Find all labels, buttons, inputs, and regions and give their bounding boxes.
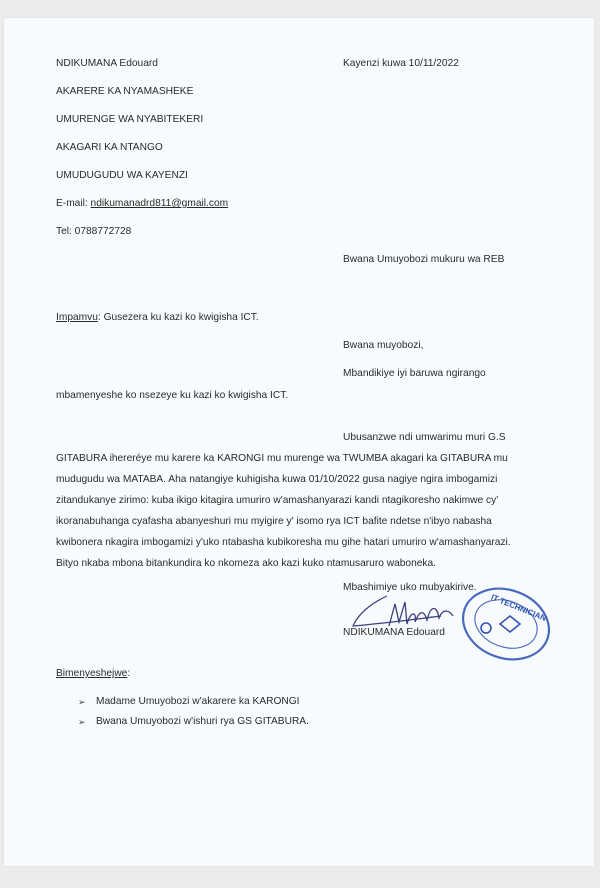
place-date: Kayenzi kuwa 10/11/2022 [343, 58, 459, 69]
body-line: Bityo nkaba mbona bitankundira ko nkomez… [56, 558, 436, 569]
salutation: Bwana muyobozi, [343, 340, 423, 351]
intro-line-2: mbamenyeshe ko nsezeye ku kazi ko kwigis… [56, 390, 288, 401]
recipient: Bwana Umuyobozi mukuru wa REB [343, 254, 504, 265]
arrow-bullet-icon: ➢ [78, 697, 86, 708]
sender-sector: UMURENGE WA NYABITEKERI [56, 114, 203, 125]
official-stamp-icon: IT TECHNICIAN [456, 584, 556, 664]
body-line: zitandukanye zirimo: kuba ikigo kitagira… [56, 495, 498, 506]
cc-item: Bwana Umuyobozi w'ishuri rya GS GITABURA… [96, 716, 309, 727]
cc-label: Bimenyeshejwe [56, 668, 127, 679]
svg-text:IT TECHNICIAN: IT TECHNICIAN [490, 593, 548, 623]
body-line: mudugudu wa MATABA. Aha natangiye kuhigi… [56, 474, 497, 485]
cc-item: Madame Umuyobozi w'akarere ka KARONGI [96, 696, 300, 707]
subject-text: : Gusezera ku kazi ko kwigisha ICT. [98, 312, 259, 323]
email-link[interactable]: ndikumanadrd811@gmail.com [91, 198, 229, 209]
sender-tel: Tel: 0788772728 [56, 226, 131, 237]
arrow-bullet-icon: ➢ [78, 717, 86, 728]
sender-district: AKARERE KA NYAMASHEKE [56, 86, 193, 97]
body-line: ikoranabuhanga cyafasha abanyeshuri mu m… [56, 516, 492, 527]
sender-village: UMUDUGUDU WA KAYENZI [56, 170, 188, 181]
sender-name: NDIKUMANA Edouard [56, 58, 158, 69]
cc-heading: Bimenyeshejwe: [56, 668, 130, 679]
sender-cell: AKAGARI KA NTANGO [56, 142, 163, 153]
subject-label: Impamvu [56, 312, 98, 323]
subject-line: Impamvu: Gusezera ku kazi ko kwigisha IC… [56, 312, 259, 323]
body-line: kwibonera nkagira imbogamizi y'uko ntaba… [56, 537, 511, 548]
sender-email-line: E-mail: ndikumanadrd811@gmail.com [56, 198, 228, 209]
body-line: Ubusanzwe ndi umwarimu muri G.S [343, 432, 506, 443]
intro-line-1: Mbandikiye iyi baruwa ngirango [343, 368, 486, 379]
email-label: E-mail: [56, 198, 91, 209]
letter-page: NDIKUMANA Edouard AKARERE KA NYAMASHEKE … [4, 18, 594, 866]
signature-name: NDIKUMANA Edouard [343, 627, 445, 638]
body-line: GITABURA ihereréye mu karere ka KARONGI … [56, 453, 508, 464]
